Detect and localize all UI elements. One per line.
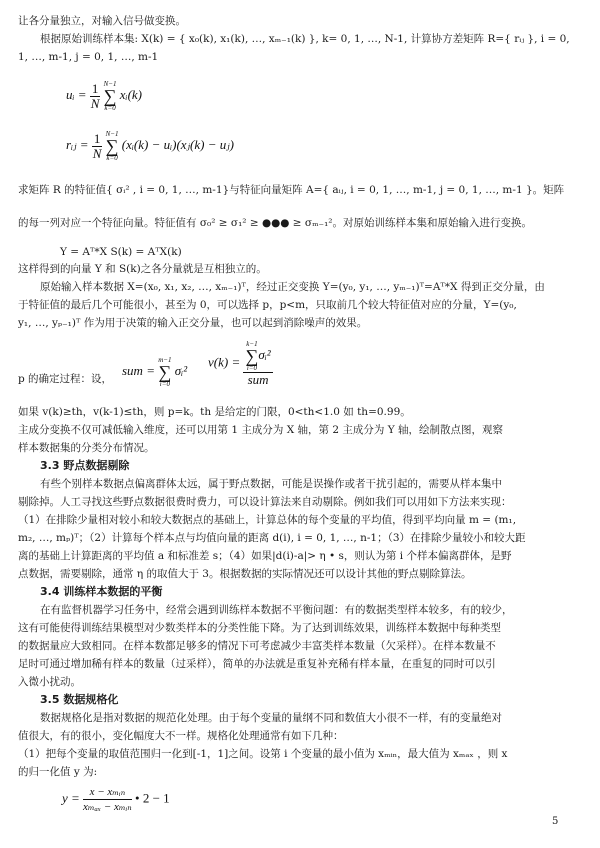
- denominator: sum: [243, 373, 272, 387]
- fraction: k−1∑i=0σᵢ² sum: [243, 340, 272, 387]
- numerator: 1: [90, 82, 101, 97]
- paragraph-line: 值很大，有的很小，变化幅度大不一样。规格化处理通常有如下几种：: [18, 729, 583, 743]
- paragraph-line: 主成分变换不仅可减低输入维度，还可以用第 1 主成分为 X 轴，第 2 主成分为…: [18, 423, 583, 437]
- section-heading-3-3: 3.3 野点数据剔除: [40, 459, 129, 473]
- formula-lhs: y =: [62, 790, 80, 805]
- formula-lhs: uᵢ =: [66, 87, 87, 102]
- denominator: xₘₐₓ − xₘᵢₙ: [83, 800, 132, 814]
- formula-body: σᵢ²: [175, 363, 187, 378]
- paragraph-line: 点数据，需要剔除，通常 η 的取值大于 3。根据数据的实际情况还可以设计其他的野…: [18, 567, 583, 581]
- formula-lhs: sum =: [122, 363, 155, 378]
- lower-limit: k=0: [104, 104, 117, 112]
- summation-icon: k−1∑i=0: [245, 340, 258, 372]
- formula-body: σᵢ²: [258, 347, 270, 362]
- paragraph-line: 有些个别样本数据点偏离群体太远，属于野点数据，可能是误操作或者干扰引起的，需要从…: [40, 477, 600, 491]
- formula-sum: sum = m−1∑i=0 σᵢ²: [122, 356, 187, 388]
- formula-lhs: v(k) =: [208, 354, 240, 369]
- page-number: 5: [552, 816, 558, 827]
- section-heading-3-5: 3.5 数据规格化: [40, 693, 118, 707]
- paragraph-line: m₂, …, mₚ)ᵀ；（2）计算每个样本点与均值向量的距离 d(i), i =…: [18, 531, 583, 545]
- numerator: x − xₘᵢₙ: [83, 785, 132, 800]
- summation-icon: m−1∑i=0: [158, 356, 171, 388]
- denominator: N: [92, 147, 103, 161]
- paragraph-line: 这有可能使得训练结果模型对少数类样本的分类性能下降。为了达到训练效果，训练样本数…: [18, 621, 583, 635]
- paragraph-line: 让各分量独立，对输入信号做变换。: [18, 14, 583, 28]
- paragraph-line: （1）把每个变量的取值范围归一化到[-1，1]之间。设第 i 个变量的最小值为 …: [18, 747, 583, 761]
- formula-vk: v(k) = k−1∑i=0σᵢ² sum: [208, 340, 273, 387]
- section-heading-3-4: 3.4 训练样本数据的平衡: [40, 585, 162, 599]
- paragraph-line: 于特征值的最后几个可能很小，甚至为 0，可以选择 p，p<m，只取前几个较大特征…: [18, 298, 583, 312]
- denominator: N: [90, 97, 101, 111]
- paragraph-line: p 的确定过程：设，: [18, 372, 583, 386]
- paragraph-line: 数据规格化是指对数据的规范化处理。由于每个变量的量纲不同和数值大小很不一样，有的…: [40, 711, 600, 725]
- formula-lhs: rᵢⱼ =: [66, 137, 89, 152]
- formula-mean: uᵢ = 1N N−1∑k=0 xᵢ(k): [66, 80, 142, 112]
- summation-icon: N−1∑k=0: [104, 80, 117, 112]
- formula-body: xᵢ(k): [120, 87, 142, 102]
- paragraph-line: 样本数据集的分类分布情况。: [18, 441, 583, 455]
- paragraph-line: 原始输入样本数据 X=(x₀, x₁, x₂, …, xₘ₋₁)ᵀ，经过正交变换…: [40, 280, 600, 294]
- paragraph-line: 足时可通过增加稀有样本的数量（过采样），简单的办法就是重复补充稀有样本量，在重复…: [18, 657, 583, 671]
- fraction: x − xₘᵢₙxₘₐₓ − xₘᵢₙ: [83, 785, 132, 814]
- document-page: 让各分量独立，对输入信号做变换。 根据原始训练样本集: X(k) = { x₀(…: [0, 0, 600, 848]
- numerator: 1: [92, 132, 103, 147]
- paragraph-line: 离的基础上计算距离的平均值 a 和标准差 s；（4）如果|d(i)-a|> η …: [18, 549, 583, 563]
- summation-icon: N−1∑k=0: [106, 130, 119, 162]
- paragraph-line: 根据原始训练样本集: X(k) = { x₀(k), x₁(k), …, xₘ₋…: [40, 32, 600, 46]
- lower-limit: i=0: [245, 364, 258, 372]
- paragraph-line: 1, …, m-1, j = 0, 1, …, m-1: [18, 50, 583, 64]
- formula-tail: • 2 − 1: [135, 790, 170, 805]
- paragraph-line: 的每一列对应一个特征向量。特征值有 σ₀² ≥ σ₁² ≥ ●●● ≥ σₘ₋₁…: [18, 216, 583, 230]
- paragraph-line: 入微小扰动。: [18, 675, 583, 689]
- paragraph-line: y₁, …, yₚ₋₁)ᵀ 作为用于决策的输入正交分量，也可以起到消除噪声的效果…: [18, 316, 583, 330]
- formula-normalization: y = x − xₘᵢₙxₘₐₓ − xₘᵢₙ • 2 − 1: [62, 785, 170, 814]
- formula-covariance: rᵢⱼ = 1N N−1∑k=0 (xᵢ(k) − uᵢ)(xⱼ(k) − uⱼ…: [66, 130, 234, 162]
- paragraph-line: 在有监督机器学习任务中，经常会遇到训练样本数据不平衡问题：有的数据类型样本较多，…: [40, 603, 600, 617]
- paragraph-line: 的归一化值 y 为:: [18, 765, 583, 779]
- paragraph-line: 这样得到的向量 Y 和 S(k)之各分量就是互相独立的。: [18, 262, 583, 276]
- paragraph-line: 的数据量应大致相同。在样本数都足够多的情况下可考虑减少丰富类样本数量（欠采样）。…: [18, 639, 583, 653]
- paragraph-line: 如果 v(k)≥th，v(k-1)≤th，则 p=k。th 是给定的门限，0<t…: [18, 405, 583, 419]
- lower-limit: k=0: [106, 154, 119, 162]
- paragraph-line: （1）在排除少量相对较小和较大数据点的基础上，计算总体的每个变量的平均值，得到平…: [18, 513, 583, 527]
- formula-body: (xᵢ(k) − uᵢ)(xⱼ(k) − uⱼ): [122, 137, 234, 152]
- numerator: k−1∑i=0σᵢ²: [243, 340, 272, 373]
- lower-limit: i=0: [158, 380, 171, 388]
- fraction: 1N: [92, 132, 103, 161]
- equation-transform: Y = Aᵀ*X S(k) = AᵀX(k): [60, 245, 600, 259]
- paragraph-line: 求矩阵 R 的特征值{ σᵢ² , i = 0, 1, …, m-1}与特征向量…: [18, 183, 583, 197]
- fraction: 1N: [90, 82, 101, 111]
- paragraph-line: 剔除掉。人工寻找这些野点数据很费时费力，可以设计算法来自动剔除。例如我们可以用如…: [18, 495, 583, 509]
